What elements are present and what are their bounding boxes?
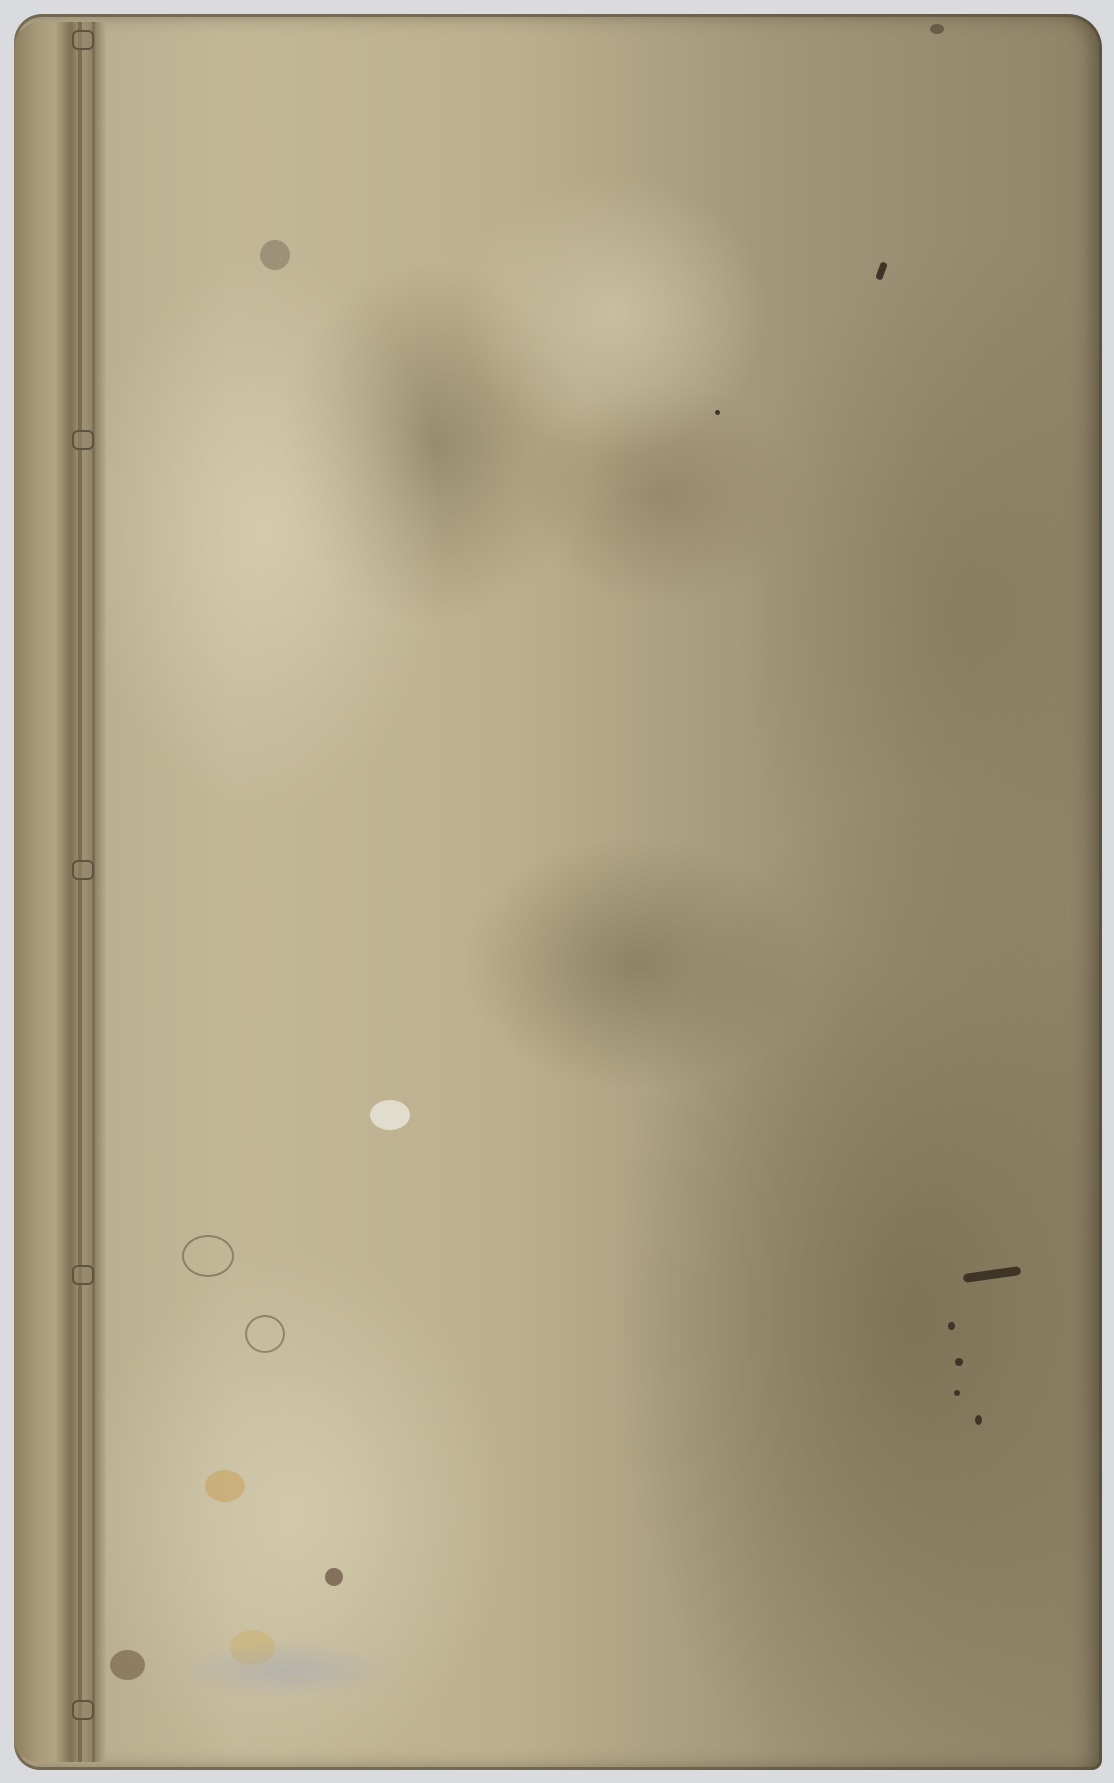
- book-cover: [14, 14, 1102, 1770]
- pencil-marking: [170, 1640, 400, 1700]
- ink-speck: [948, 1322, 955, 1330]
- spine-joint-line-inner: [92, 22, 95, 1762]
- sewing-band: [72, 860, 94, 880]
- ink-speck: [954, 1390, 960, 1396]
- sewing-band: [72, 1700, 94, 1720]
- dark-stain: [260, 240, 290, 270]
- dark-stain: [325, 1568, 343, 1586]
- photo-scene: [0, 0, 1114, 1783]
- ink-speck: [955, 1358, 963, 1366]
- ink-speck: [930, 24, 944, 34]
- light-abrasion: [370, 1100, 410, 1130]
- yellow-stain: [205, 1470, 245, 1502]
- spine-joint-line: [78, 22, 82, 1762]
- dark-stain: [110, 1650, 145, 1680]
- ink-speck: [975, 1415, 982, 1425]
- pencil-scribble: [245, 1315, 285, 1353]
- sewing-band: [72, 430, 94, 450]
- sewing-band: [72, 1265, 94, 1285]
- ink-speck: [715, 410, 720, 415]
- sewing-band: [72, 30, 94, 50]
- pencil-scribble: [182, 1235, 234, 1277]
